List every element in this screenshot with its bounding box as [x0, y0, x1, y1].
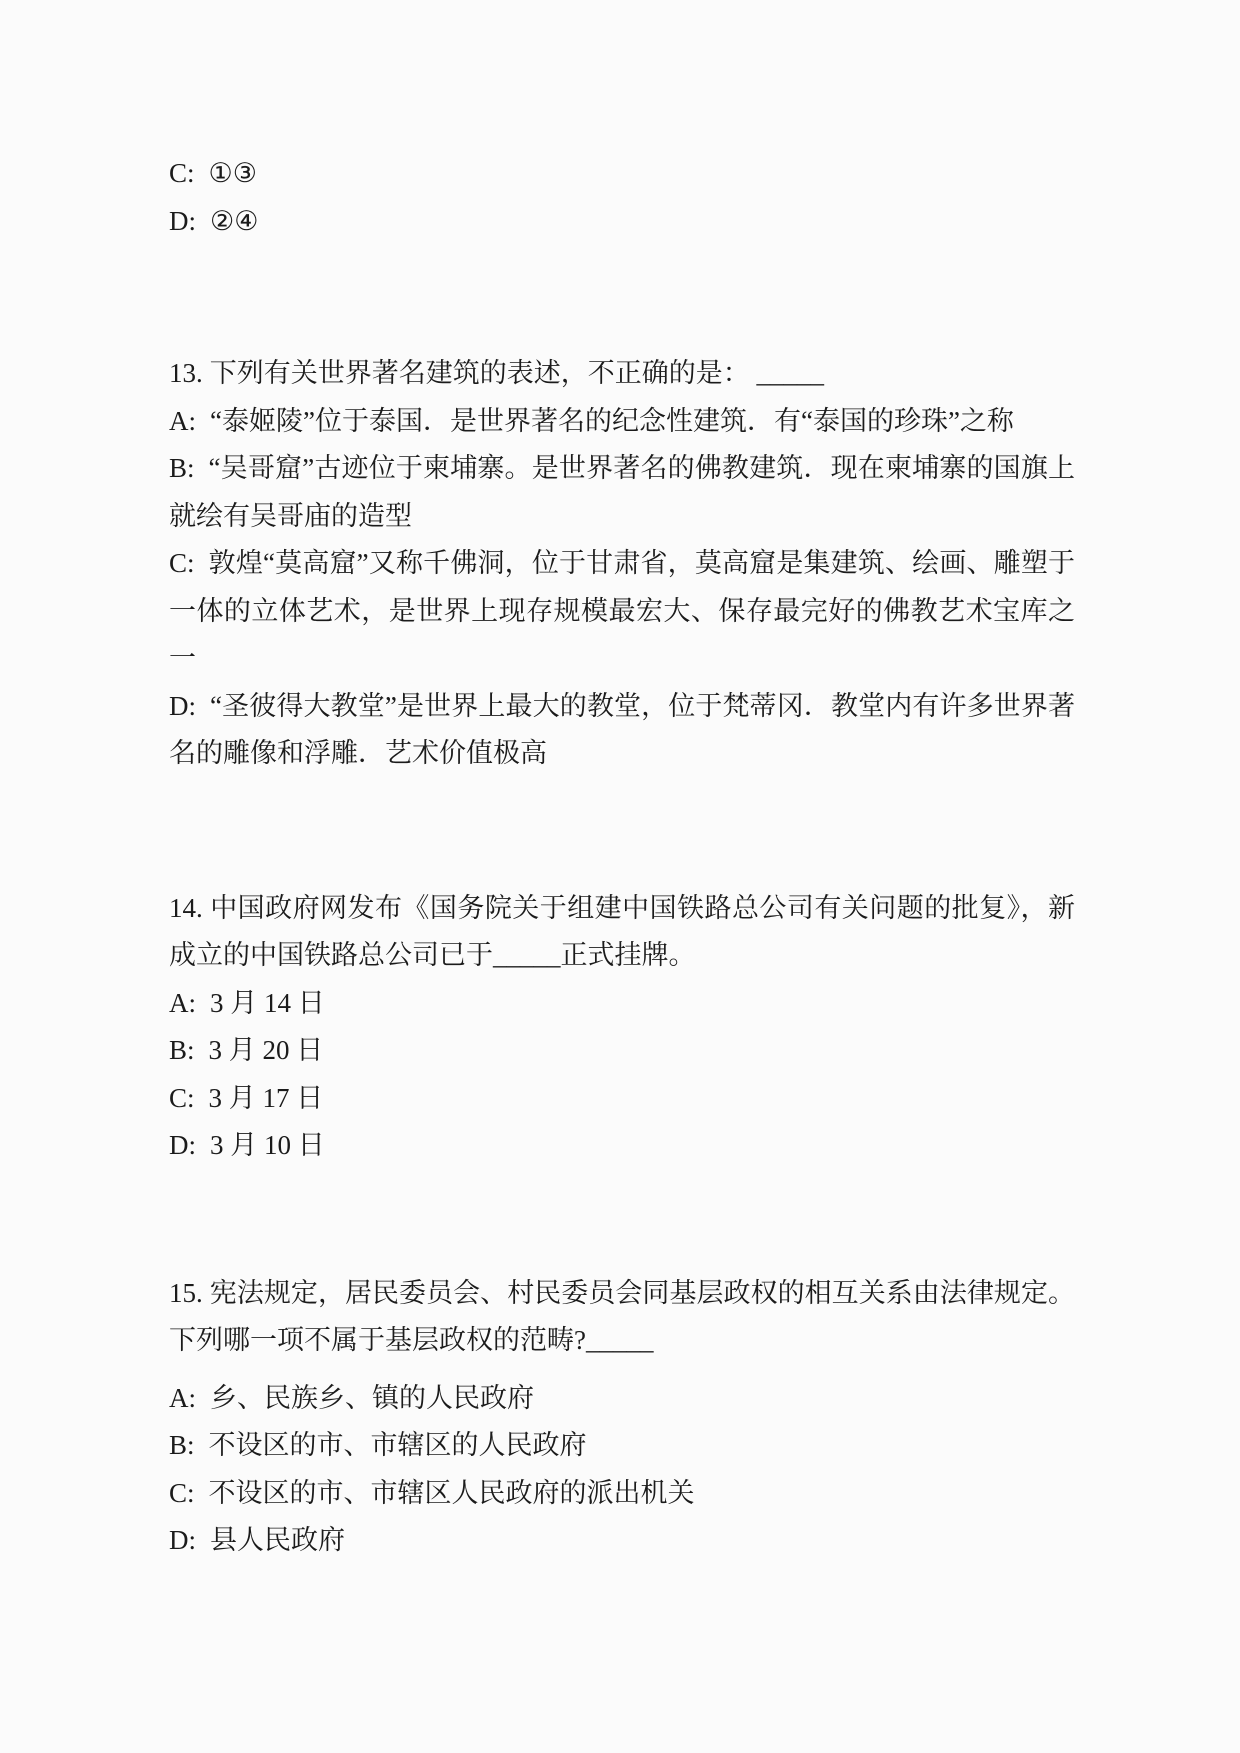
option-row-d: D:县人民政府 — [169, 1517, 1075, 1565]
option-row-a: A:3 月 14 日 — [169, 980, 1075, 1028]
question-14: 14.中国政府网发布《国务院关于组建中国铁路总公司有关问题的批复》，新成立的中国… — [169, 885, 1075, 1170]
question-number: 15. — [169, 1278, 203, 1308]
option-label: C: — [169, 158, 195, 188]
option-label: B: — [169, 1035, 195, 1065]
option-label: A: — [169, 406, 196, 436]
question-14-options: A:3 月 14 日 B:3 月 20 日 C:3 月 17 日 D:3 月 1… — [169, 980, 1075, 1170]
option-text: 不设区的市、市辖区人民政府的派出机关 — [209, 1478, 695, 1508]
option-text: “泰姬陵”位于泰国．是世界著名的纪念性建筑．有“泰国的珍珠”之称 — [210, 406, 1014, 436]
option-row-c: C:不设区的市、市辖区人民政府的派出机关 — [169, 1470, 1075, 1518]
option-row-b: B:“吴哥窟”古迹位于柬埔寨。是世界著名的佛教建筑．现在柬埔寨的国旗上就绘有吴哥… — [169, 445, 1075, 540]
question-13-stem: 13.下列有关世界著名建筑的表述，不正确的是： _____ — [169, 350, 1075, 398]
option-row-d: D:“圣彼得大教堂”是世界上最大的教堂，位于梵蒂冈．教堂内有许多世界著名的雕像和… — [169, 683, 1075, 778]
option-text: 敦煌“莫高窟”又称千佛洞，位于甘肃省，莫高窟是集建筑、绘画、雕塑于一体的立体艺术… — [169, 548, 1075, 673]
question-13: 13.下列有关世界著名建筑的表述，不正确的是： _____ A:“泰姬陵”位于泰… — [169, 350, 1075, 778]
option-label: D: — [169, 206, 196, 236]
question-number: 14. — [169, 893, 203, 923]
question-text: 中国政府网发布《国务院关于组建中国铁路总公司有关问题的批复》，新成立的中国铁路总… — [169, 893, 1075, 971]
question-15: 15.宪法规定，居民委员会、村民委员会同基层政权的相互关系由法律规定。下列哪一项… — [169, 1270, 1075, 1565]
question-text: 下列有关世界著名建筑的表述，不正确的是： _____ — [210, 358, 824, 388]
option-row-d: D:②④ — [169, 198, 1075, 246]
option-text: ①③ — [209, 158, 257, 188]
question-15-stem: 15.宪法规定，居民委员会、村民委员会同基层政权的相互关系由法律规定。下列哪一项… — [169, 1270, 1075, 1365]
question-15-options: A:乡、民族乡、镇的人民政府 B:不设区的市、市辖区的人民政府 C:不设区的市、… — [169, 1375, 1075, 1565]
option-row-c: C:3 月 17 日 — [169, 1075, 1075, 1123]
option-text: 不设区的市、市辖区的人民政府 — [209, 1430, 587, 1460]
question-13-options: A:“泰姬陵”位于泰国．是世界著名的纪念性建筑．有“泰国的珍珠”之称 B:“吴哥… — [169, 398, 1075, 778]
option-label: D: — [169, 691, 196, 721]
option-label: A: — [169, 1383, 196, 1413]
question-text: 宪法规定，居民委员会、村民委员会同基层政权的相互关系由法律规定。下列哪一项不属于… — [169, 1278, 1075, 1356]
option-label: D: — [169, 1525, 196, 1555]
question-14-stem: 14.中国政府网发布《国务院关于组建中国铁路总公司有关问题的批复》，新成立的中国… — [169, 885, 1075, 980]
option-row-c: C:①③ — [169, 150, 1075, 198]
option-text: 3 月 14 日 — [210, 988, 325, 1018]
option-label: C: — [169, 548, 195, 578]
option-row-a: A:乡、民族乡、镇的人民政府 — [169, 1375, 1075, 1423]
option-text: “吴哥窟”古迹位于柬埔寨。是世界著名的佛教建筑．现在柬埔寨的国旗上就绘有吴哥庙的… — [169, 453, 1075, 531]
option-row-d: D:3 月 10 日 — [169, 1122, 1075, 1170]
option-text: 县人民政府 — [210, 1525, 345, 1555]
option-text: 乡、民族乡、镇的人民政府 — [210, 1383, 534, 1413]
option-label: B: — [169, 453, 195, 483]
option-text: “圣彼得大教堂”是世界上最大的教堂，位于梵蒂冈．教堂内有许多世界著名的雕像和浮雕… — [169, 691, 1075, 769]
question-number: 13. — [169, 358, 203, 388]
option-text: 3 月 17 日 — [209, 1083, 324, 1113]
option-label: A: — [169, 988, 196, 1018]
option-text: 3 月 20 日 — [209, 1035, 324, 1065]
option-row-b: B:不设区的市、市辖区的人民政府 — [169, 1422, 1075, 1470]
option-label: D: — [169, 1130, 196, 1160]
option-label: C: — [169, 1083, 195, 1113]
option-text: ②④ — [210, 206, 258, 236]
exam-document-page: C:①③ D:②④ 13.下列有关世界著名建筑的表述，不正确的是： _____ … — [0, 0, 1240, 1753]
option-text: 3 月 10 日 — [210, 1130, 325, 1160]
option-row-c: C:敦煌“莫高窟”又称千佛洞，位于甘肃省，莫高窟是集建筑、绘画、雕塑于一体的立体… — [169, 540, 1075, 683]
question-12-remaining-options: C:①③ D:②④ — [169, 150, 1075, 245]
option-label: C: — [169, 1478, 195, 1508]
document-content: C:①③ D:②④ 13.下列有关世界著名建筑的表述，不正确的是： _____ … — [169, 150, 1075, 1565]
option-label: B: — [169, 1430, 195, 1460]
option-row-b: B:3 月 20 日 — [169, 1027, 1075, 1075]
option-row-a: A:“泰姬陵”位于泰国．是世界著名的纪念性建筑．有“泰国的珍珠”之称 — [169, 398, 1075, 446]
